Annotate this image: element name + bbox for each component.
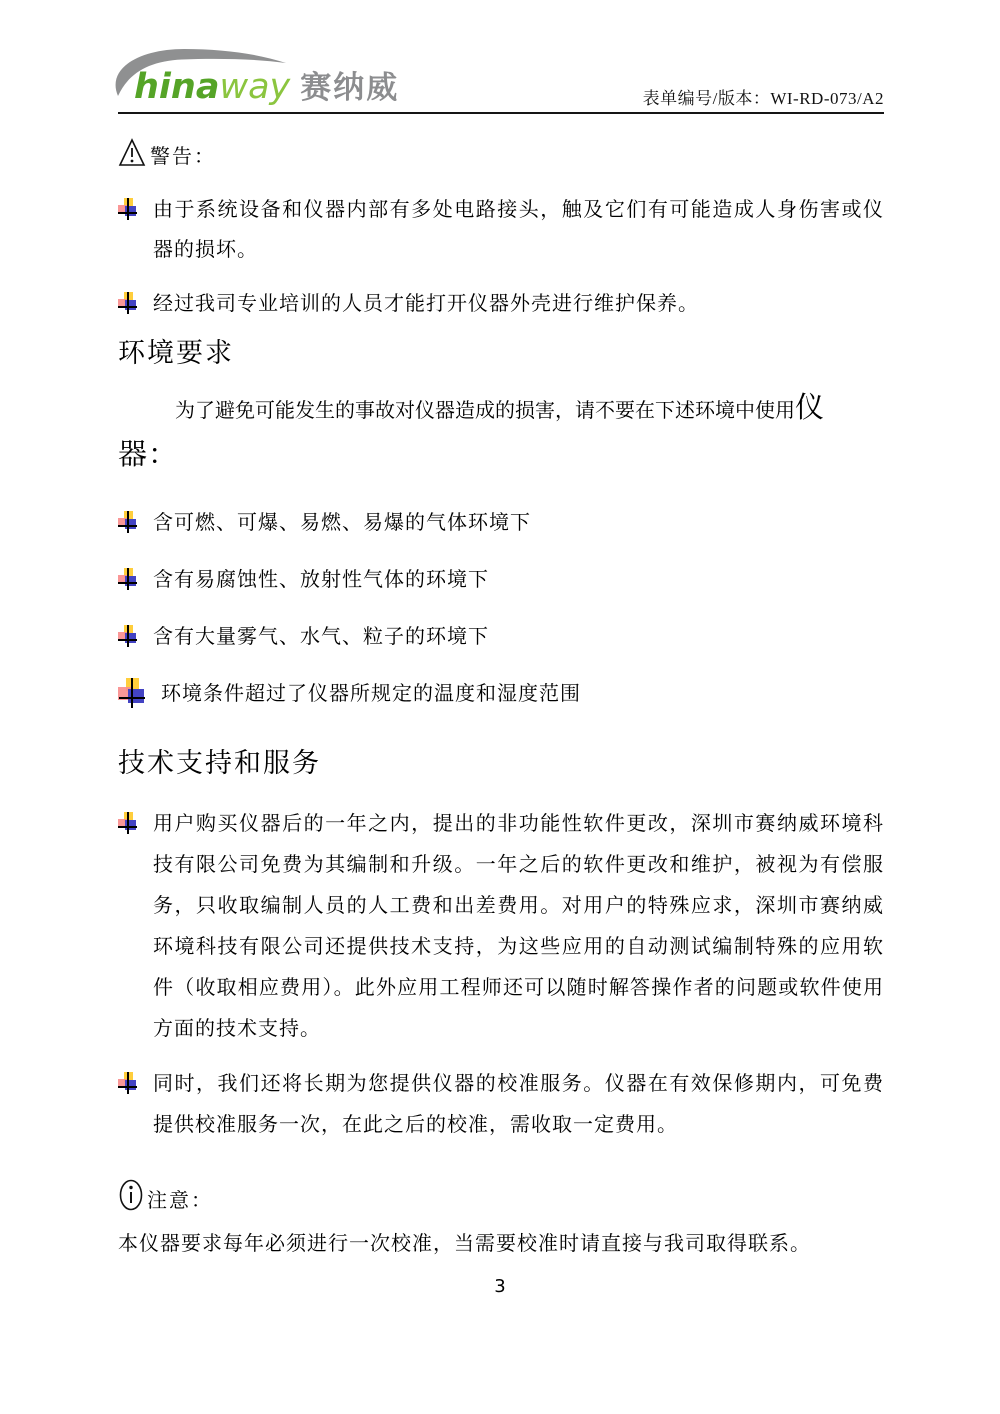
env-item-text: 含有大量雾气、水气、粒子的环境下: [153, 617, 884, 657]
bullet-marker-icon: [118, 511, 138, 533]
logo-text-hina: hina: [134, 67, 219, 107]
env-item: 环境条件超过了仪器所规定的温度和湿度范围: [118, 674, 884, 714]
page-content: 警告： 由于系统设备和仪器内部有多处电路接头，触及它们有可能造成人身伤害或仪器的…: [118, 132, 884, 1264]
bullet-marker-icon: [118, 198, 138, 220]
note-text: 本仪器要求每年必须进行一次校准，当需要校准时请直接与我司取得联系。: [118, 1224, 884, 1264]
company-logo: hinaway赛纳威: [118, 54, 538, 110]
bullet-marker-icon: [118, 812, 138, 834]
env-item: 含有大量雾气、水气、粒子的环境下: [118, 617, 884, 657]
warning-label: 警告：: [150, 146, 216, 168]
bullet-marker-icon: [118, 625, 138, 647]
logo-text-way: way: [219, 67, 290, 107]
logo-text: hinaway赛纳威: [134, 62, 399, 107]
support-item-text: 同时，我们还将长期为您提供仪器的校准服务。仪器在有效保修期内，可免费提供校准服务…: [153, 1064, 884, 1146]
env-intro-large-char: 仪: [795, 392, 825, 424]
bullet-marker-icon: [118, 292, 138, 314]
env-item-text: 含可燃、可爆、易燃、易爆的气体环境下: [153, 503, 884, 543]
support-item: 用户购买仪器后的一年之内，提出的非功能性软件更改，深圳市赛纳威环境科技有限公司免…: [118, 804, 884, 1050]
env-item: 含可燃、可爆、易燃、易爆的气体环境下: [118, 503, 884, 543]
env-intro-line2: 器：: [118, 435, 884, 475]
bullet-marker-icon: [118, 568, 138, 590]
warning-item-text: 经过我司专业培训的人员才能打开仪器外壳进行维护保养。: [153, 284, 884, 324]
env-item: 含有易腐蚀性、放射性气体的环境下: [118, 560, 884, 600]
document-page: hinaway赛纳威 表单编号/版本：WI-RD-073/A2 警告： 由于系统…: [0, 0, 1000, 1414]
warning-triangle-icon: [118, 138, 146, 168]
page-number: 3: [0, 1276, 1000, 1297]
warning-item: 由于系统设备和仪器内部有多处电路接头，触及它们有可能造成人身伤害或仪器的损坏。: [118, 190, 884, 270]
env-item-text: 环境条件超过了仪器所规定的温度和湿度范围: [161, 674, 884, 714]
section-title-environment: 环境要求: [118, 334, 884, 372]
warning-item-text: 由于系统设备和仪器内部有多处电路接头，触及它们有可能造成人身伤害或仪器的损坏。: [153, 190, 884, 270]
warning-item: 经过我司专业培训的人员才能打开仪器外壳进行维护保养。: [118, 284, 884, 324]
note-label: 注意：: [147, 1190, 213, 1212]
bullet-marker-icon: [118, 1072, 138, 1094]
info-icon: [118, 1178, 144, 1212]
doc-number: 表单编号/版本：WI-RD-073/A2: [643, 84, 884, 109]
section-title-support: 技术支持和服务: [118, 744, 884, 782]
support-item-text: 用户购买仪器后的一年之内，提出的非功能性软件更改，深圳市赛纳威环境科技有限公司免…: [153, 804, 884, 1050]
support-item: 同时，我们还将长期为您提供仪器的校准服务。仪器在有效保修期内，可免费提供校准服务…: [118, 1064, 884, 1146]
bullet-marker-icon: [118, 678, 146, 708]
page-header: hinaway赛纳威 表单编号/版本：WI-RD-073/A2: [118, 56, 884, 114]
env-intro-normal: 为了避免可能发生的事故对仪器造成的损害，请不要在下述环境中使用: [175, 400, 795, 422]
logo-text-cn: 赛纳威: [300, 70, 399, 106]
warning-heading: 警告：: [118, 132, 884, 168]
env-intro-line1: 为了避免可能发生的事故对仪器造成的损害，请不要在下述环境中使用仪: [118, 386, 884, 433]
note-heading: 注意：: [118, 1176, 884, 1212]
env-item-text: 含有易腐蚀性、放射性气体的环境下: [153, 560, 884, 600]
